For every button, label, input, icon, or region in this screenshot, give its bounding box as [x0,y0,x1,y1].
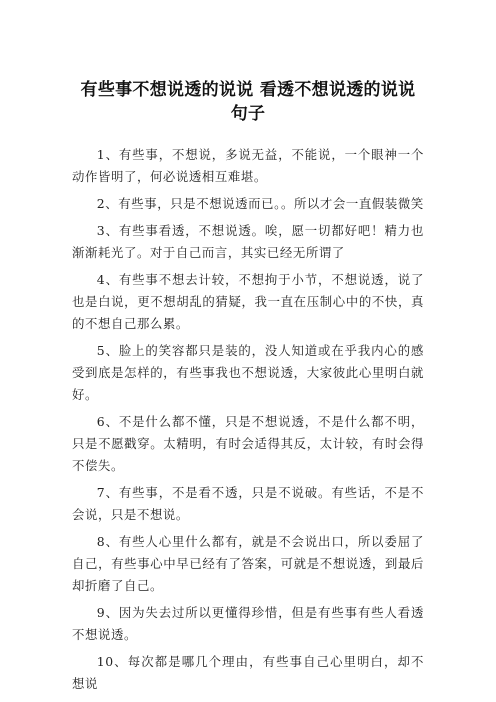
paragraph-7: 7、有些事，不是看不透，只是不说破。有些话，不是不会说，只是不想说。 [72,482,424,526]
paragraph-5: 5、脸上的笑容都只是装的，没人知道或在乎我内心的感受到底是怎样的，有些事我也不想… [72,340,424,407]
document-page: 有些事不想说透的说说 看透不想说透的说说句子 1、有些事，不想说，多说无益，不能… [72,78,424,700]
paragraph-9: 9、因为失去过所以更懂得珍惜，但是有些事有些人看透不想说透。 [72,602,424,646]
paragraph-10: 10、每次都是哪几个理由，有些事自己心里明白，却不想说 [72,651,424,695]
paragraph-6: 6、不是什么都不懂，只是不想说透，不是什么都不明，只是不愿戳穿。太精明，有时会适… [72,411,424,478]
paragraph-4: 4、有些事不想去计较，不想拘于小节，不想说透，说了也是白说，更不想胡乱的猜疑，我… [72,269,424,336]
paragraph-8: 8、有些人心里什么都有，就是不会说出口，所以委屈了自己，有些事心中早已经有了答案… [72,531,424,598]
paragraph-3: 3、有些事看透，不想说透。唉，愿一切都好吧！精力也渐渐耗光了。对于自己而言，其实… [72,220,424,264]
paragraph-1: 1、有些事，不想说，多说无益，不能说，一个眼神一个动作皆明了，何必说透相互难堪。 [72,144,424,188]
paragraph-2: 2、有些事，只是不想说透而已。。所以才会一直假装微笑 [72,193,424,215]
document-title: 有些事不想说透的说说 看透不想说透的说说句子 [72,78,424,126]
